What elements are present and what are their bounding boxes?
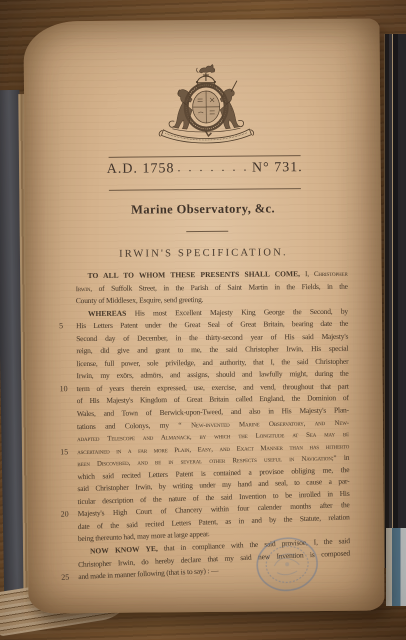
text-segment: Second day of December, in the thirty-se… xyxy=(76,331,348,342)
date-line: A.D. 1758 . . . . . . . N° 731. xyxy=(107,160,303,178)
text-segment: of His Majesty's Kingdom of Great Britai… xyxy=(77,394,349,406)
text-segment: His most Excellent Majesty King George t… xyxy=(126,306,348,317)
small-caps-phrase: Irwin, xyxy=(76,286,92,293)
text-segment: in xyxy=(336,453,349,462)
line-number: 10 xyxy=(60,383,74,396)
book-photograph: A.D. 1758 . . . . . . . N° 731. Marine O… xyxy=(0,0,406,640)
text-segment: license, full power, sole priviledge, an… xyxy=(76,357,348,368)
date-dots: . . . . . . . xyxy=(177,160,249,176)
text-segment: Wales, and Town of Berwick-upon-Tweed, a… xyxy=(77,405,349,418)
date-prefix: A.D. 1758 xyxy=(107,161,175,178)
text-segment: reign, did give and grant to me, the sai… xyxy=(76,344,348,355)
text-segment: His Letters Patent under the Great Seal … xyxy=(76,319,348,330)
small-caps-phrase: Christopher xyxy=(314,271,348,278)
text-segment: term of years therein expressed, use, ex… xyxy=(77,382,349,393)
text-segment: County of Middlesex, Esquire, send greet… xyxy=(76,295,204,305)
bold-phrase: NOW KNOW YE, xyxy=(90,544,158,556)
text-segment: tations and Colonys, my “ xyxy=(77,420,191,431)
ruled-divider-top xyxy=(109,155,301,158)
small-caps-phrase: New-invented Marine Observatory, and New… xyxy=(191,419,349,429)
royal-coat-of-arms-icon xyxy=(148,59,265,146)
bold-phrase: WHEREAS xyxy=(88,308,126,317)
line-number: 15 xyxy=(60,446,74,459)
text-segment: Irwin, my exōrs, admōrs, and assigns, sh… xyxy=(76,369,348,380)
text-segment: I, xyxy=(300,269,314,278)
document-subject: Marine Observatory, &c. xyxy=(25,200,381,218)
library-stamp-icon xyxy=(251,531,324,597)
bold-phrase: TO ALL TO WHOM THESE PRESENTS SHALL COME… xyxy=(88,269,300,280)
specification-title: IRWIN'S SPECIFICATION. xyxy=(25,246,381,260)
short-divider xyxy=(186,231,228,233)
ruled-divider-bottom xyxy=(109,188,301,191)
line-number: 25 xyxy=(61,571,76,584)
document-page: A.D. 1758 . . . . . . . N° 731. Marine O… xyxy=(23,18,384,613)
line-number: 5 xyxy=(59,320,73,333)
text-segment: of Suffolk Street, in the Parish of Sain… xyxy=(92,281,348,292)
patent-number: N° 731. xyxy=(252,160,303,176)
blue-book-edge xyxy=(386,528,406,606)
line-number: 20 xyxy=(61,509,75,522)
page-block-edge-right xyxy=(384,34,406,568)
